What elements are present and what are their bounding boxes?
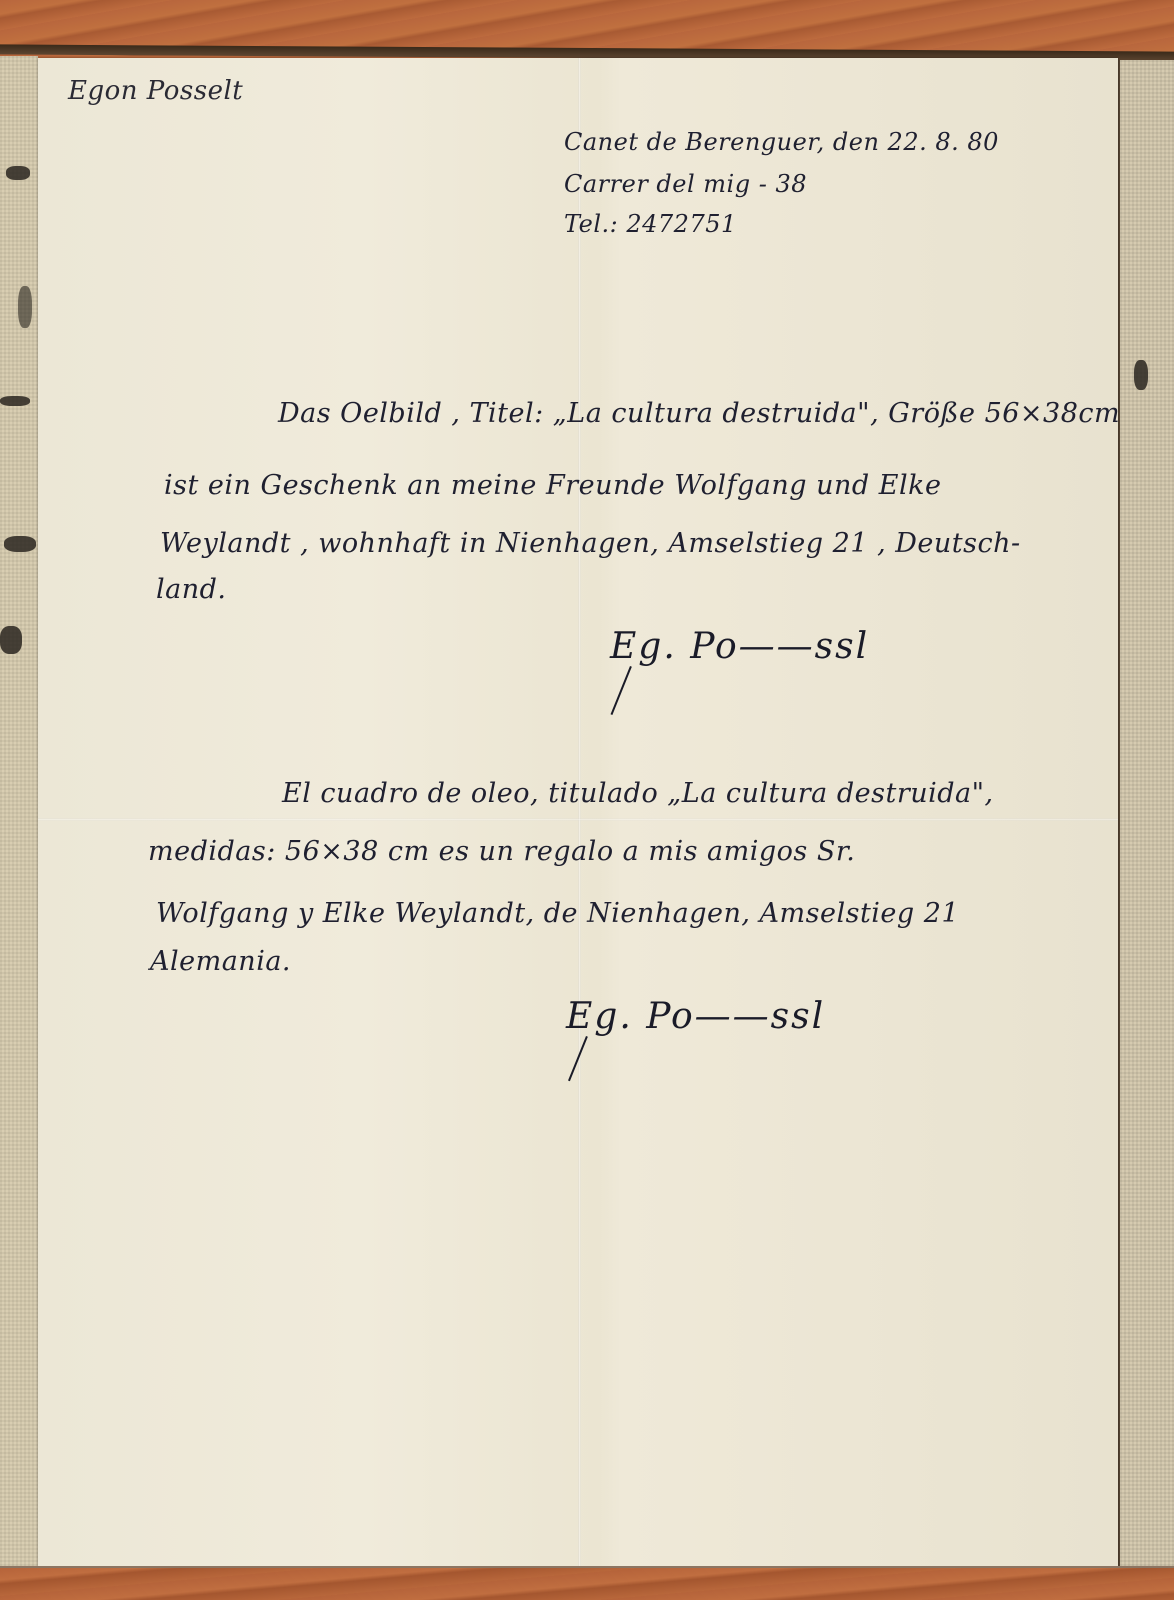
paragraph-line: medidas: 56×38 cm es un regalo a mis ami… [148, 836, 855, 867]
telephone: Tel.: 2472751 [564, 210, 737, 238]
paragraph-line: Das Oelbild , Titel: „La cultura destrui… [278, 398, 1120, 429]
paint-stroke [0, 396, 30, 406]
paragraph-line: Weylandt , wohnhaft in Nienhagen, Amsels… [160, 528, 1021, 559]
paragraph-line: Alemania. [150, 946, 291, 977]
paragraph-line: ist ein Geschenk an meine Freunde Wolfga… [164, 470, 941, 501]
paper-fold-vertical [578, 58, 581, 1566]
paint-stroke [1134, 360, 1148, 390]
paint-stroke [6, 166, 30, 180]
paragraph-line: land. [156, 574, 227, 605]
paper-fold-horizontal [38, 818, 1118, 821]
paint-stroke [18, 286, 32, 328]
paint-stroke [0, 626, 22, 654]
signature-stroke [611, 666, 632, 715]
handwritten-letter: Egon Posselt Canet de Berenguer, den 22.… [38, 58, 1118, 1566]
paint-stroke [4, 536, 36, 552]
paragraph-line: El cuadro de oleo, titulado „La cultura … [282, 778, 994, 809]
wooden-frame-bottom [0, 1568, 1174, 1600]
signature-text: Eg. Po——ssl [610, 626, 869, 667]
street-address: Carrer del mig - 38 [564, 170, 807, 198]
place-date: Canet de Berenguer, den 22. 8. 80 [564, 128, 999, 156]
painting-canvas-right-edge [1120, 60, 1174, 1566]
paragraph-line: Wolfgang y Elke Weylandt, de Nienhagen, … [156, 898, 959, 929]
author-name: Egon Posselt [68, 76, 243, 106]
signature-text: Eg. Po——ssl [566, 996, 825, 1037]
painting-canvas-left-edge [0, 56, 38, 1566]
